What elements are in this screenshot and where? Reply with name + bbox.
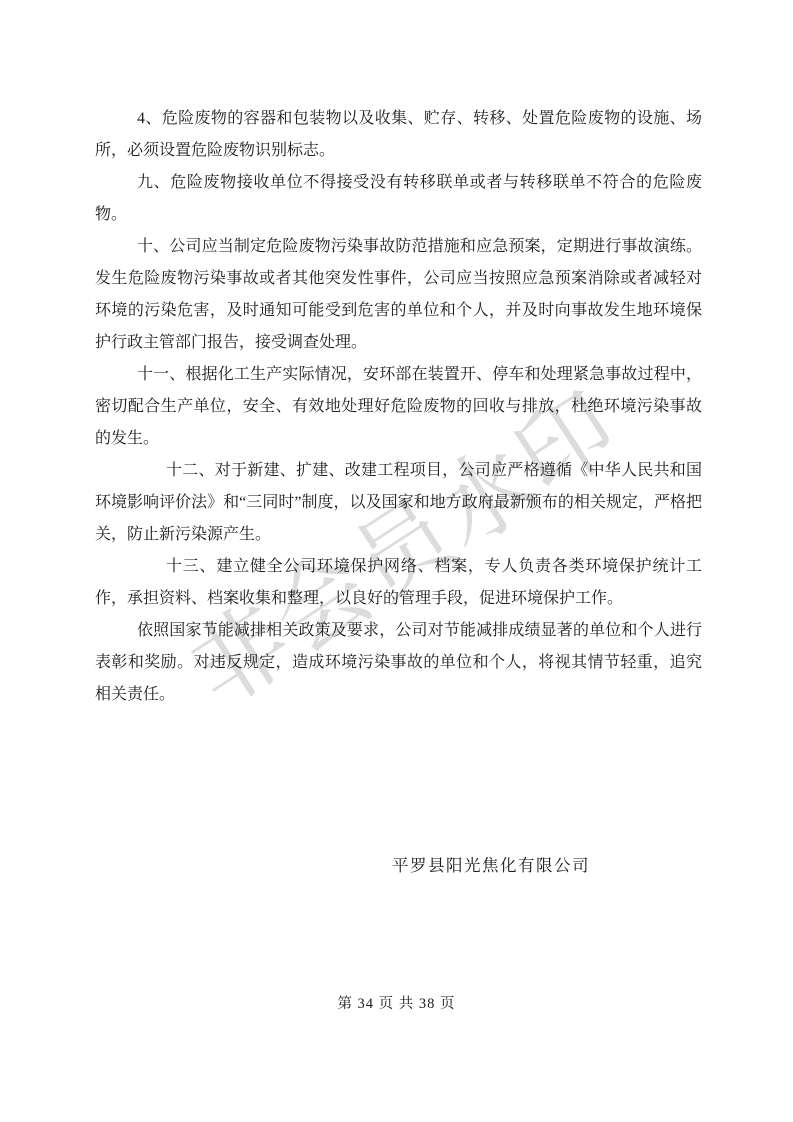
- company-signature: 平罗县阳光焦化有限公司: [392, 850, 590, 882]
- paragraph-item-13: 十三、建立健全公司环境保护网络、档案，专人负责各类环境保护统计工作，承担资料、档…: [95, 551, 702, 615]
- paragraph-item-9: 九、危险废物接收单位不得接受没有转移联单或者与转移联单不符合的危险废物。: [95, 167, 702, 231]
- page-number: 第 34 页 共 38 页: [0, 994, 793, 1014]
- paragraph-item-10: 十、公司应当制定危险废物污染事故防范措施和应急预案，定期进行事故演练。发生危险废…: [95, 231, 702, 359]
- paragraph-item-12: 十二、对于新建、扩建、改建工程项目，公司应严格遵循《中华人民共和国环境影响评价法…: [95, 455, 702, 551]
- document-body: 4、危险废物的容器和包装物以及收集、贮存、转移、处置危险废物的设施、场所，必须设…: [95, 103, 702, 711]
- paragraph-item-11: 十一、根据化工生产实际情况，安环部在装置开、停车和处理紧急事故过程中，密切配合生…: [95, 359, 702, 455]
- paragraph-item-4: 4、危险废物的容器和包装物以及收集、贮存、转移、处置危险废物的设施、场所，必须设…: [95, 103, 702, 167]
- paragraph-closing: 依照国家节能减排相关政策及要求，公司对节能减排成绩显著的单位和个人进行表彰和奖励…: [95, 615, 702, 711]
- document-page: 非会员水印 4、危险废物的容器和包装物以及收集、贮存、转移、处置危险废物的设施、…: [0, 0, 793, 1122]
